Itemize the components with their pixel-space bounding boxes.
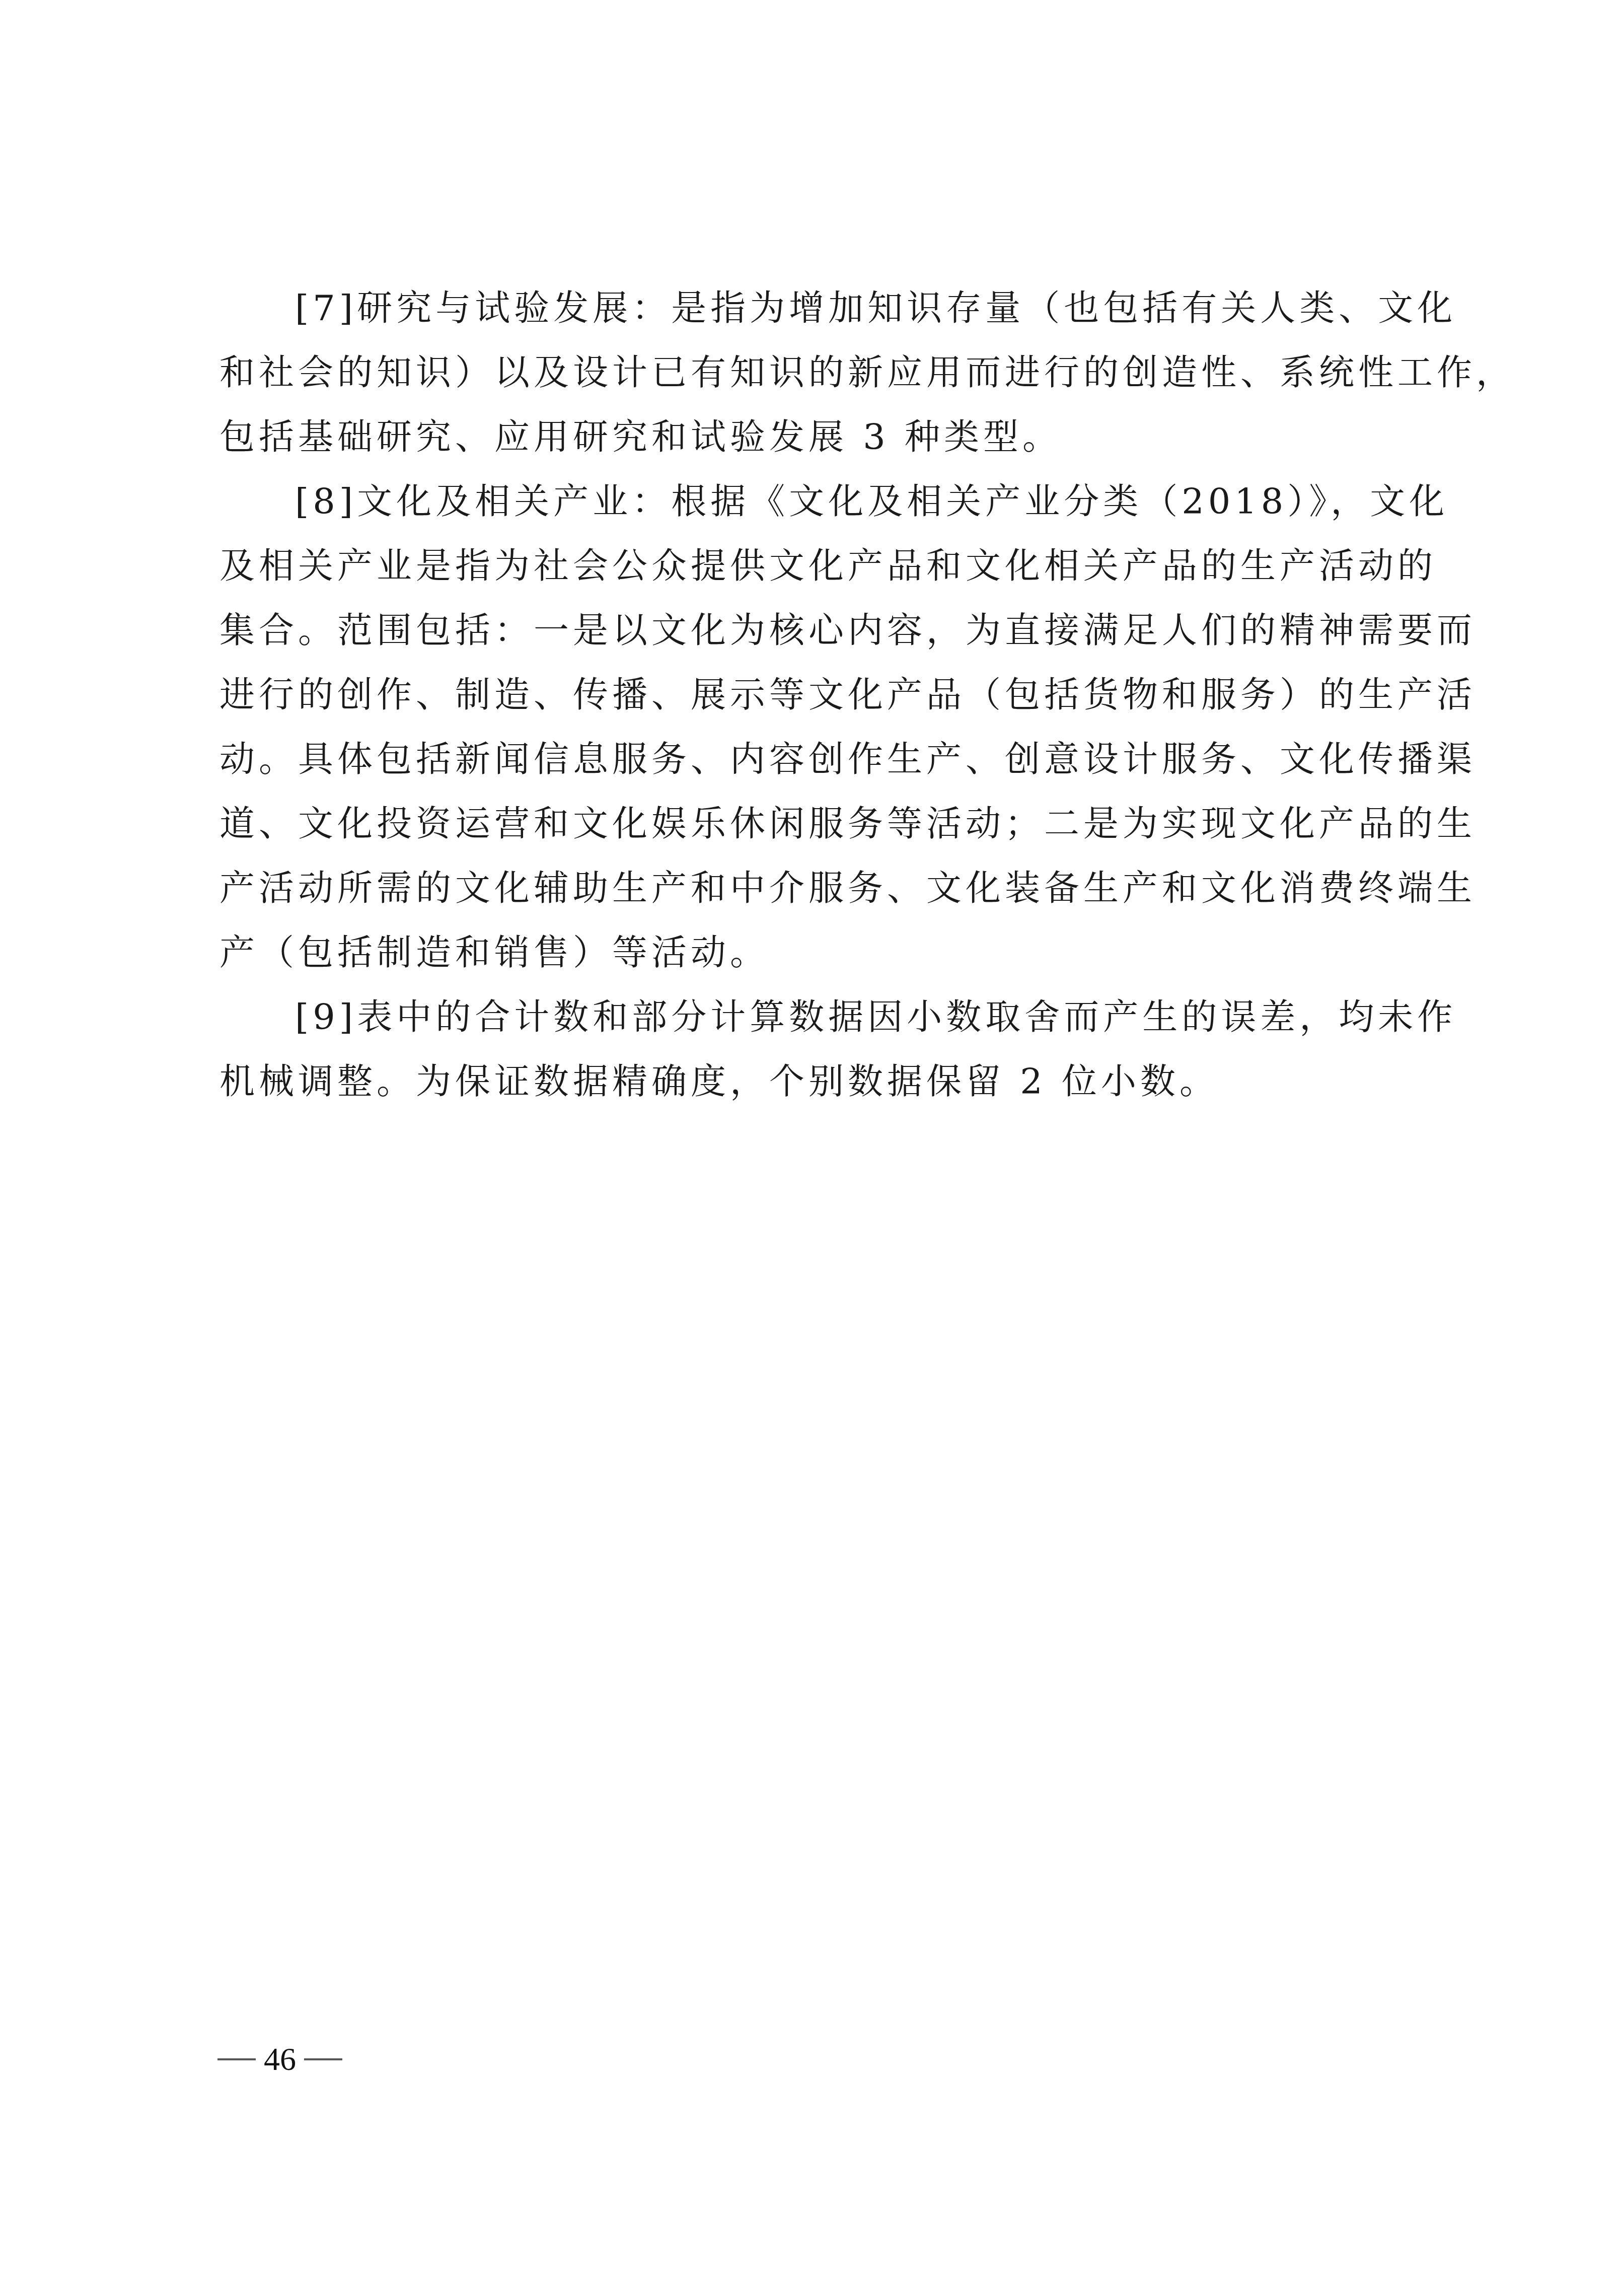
page-number-value: 46 xyxy=(264,2037,296,2082)
footnote-8-line-6: 道、文化投资运营和文化娱乐休闲服务等活动；二是为实现文化产品的生 xyxy=(219,792,1423,856)
footnote-7-line-1: [7]研究与试验发展：是指为增加知识存量（也包括有关人类、文化 xyxy=(219,276,1423,340)
footnote-7: [7]研究与试验发展：是指为增加知识存量（也包括有关人类、文化 和社会的知识）以… xyxy=(219,276,1423,469)
footnote-8-line-5: 动。具体包括新闻信息服务、内容创作生产、创意设计服务、文化传播渠 xyxy=(219,727,1423,792)
footnote-8-line-3: 集合。范围包括：一是以文化为核心内容，为直接满足人们的精神需要而 xyxy=(219,598,1423,663)
footnote-8: [8]文化及相关产业：根据《文化及相关产业分类（2018）》，文化 及相关产业是… xyxy=(219,469,1423,985)
footnote-8-line-7: 产活动所需的文化辅助生产和中介服务、文化装备生产和文化消费终端生 xyxy=(219,856,1423,920)
page-number-right-dash xyxy=(304,2058,342,2060)
footnote-7-line-2: 和社会的知识）以及设计已有知识的新应用而进行的创造性、系统性工作， xyxy=(219,340,1423,405)
footnote-7-line-3: 包括基础研究、应用研究和试验发展 3 种类型。 xyxy=(219,405,1423,469)
footnote-8-line-4: 进行的创作、制造、传播、展示等文化产品（包括货物和服务）的生产活 xyxy=(219,663,1423,727)
footnote-9: [9]表中的合计数和部分计算数据因小数取舍而产生的误差，均未作 机械调整。为保证… xyxy=(219,985,1423,1114)
footnote-8-line-2: 及相关产业是指为社会公众提供文化产品和文化相关产品的生产活动的 xyxy=(219,534,1423,598)
footnote-9-line-2: 机械调整。为保证数据精确度，个别数据保留 2 位小数。 xyxy=(219,1049,1423,1114)
footnote-9-line-1: [9]表中的合计数和部分计算数据因小数取舍而产生的误差，均未作 xyxy=(219,985,1423,1049)
document-page: [7]研究与试验发展：是指为增加知识存量（也包括有关人类、文化 和社会的知识）以… xyxy=(0,0,1622,2296)
footnotes-body: [7]研究与试验发展：是指为增加知识存量（也包括有关人类、文化 和社会的知识）以… xyxy=(219,276,1423,1114)
footnote-8-line-8: 产（包括制造和销售）等活动。 xyxy=(219,920,1423,985)
footnote-8-line-1: [8]文化及相关产业：根据《文化及相关产业分类（2018）》，文化 xyxy=(219,469,1423,534)
page-number-left-dash xyxy=(217,2058,256,2060)
page-number: 46 xyxy=(217,2037,342,2082)
